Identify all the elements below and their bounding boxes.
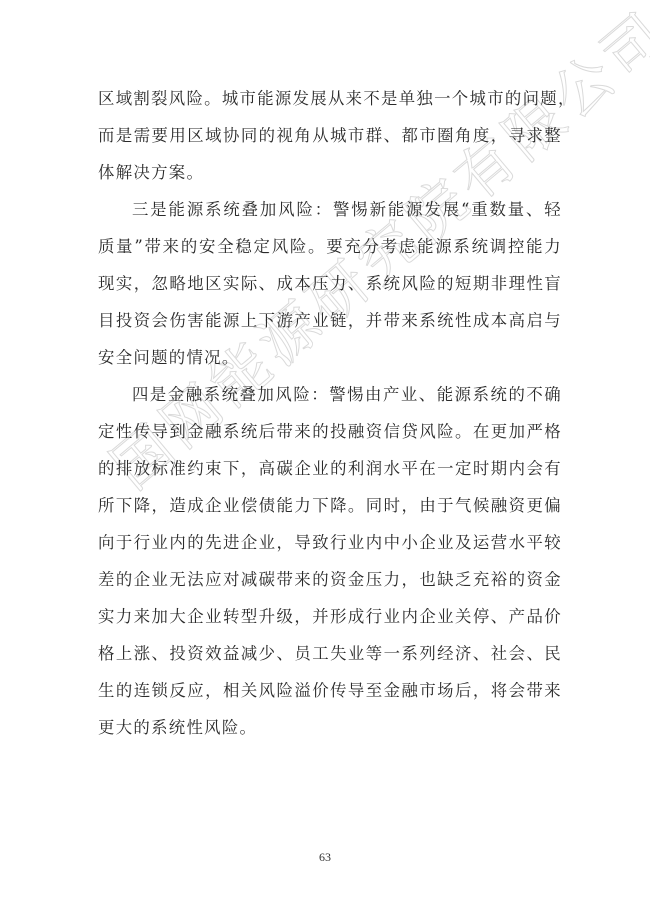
text-line: 现实，忽略地区实际、成本压力、系统风险的短期非理性盲 xyxy=(98,265,562,302)
text-line: 的排放标准约束下，高碳企业的利润水平在一定时期内会有 xyxy=(98,450,562,487)
text-line: 所下降，造成企业偿债能力下降。同时，由于气候融资更偏 xyxy=(98,487,562,524)
document-page: 国网能源研究院有限公司 区域割裂风险。城市能源发展从来不是单独一个城市的问题， … xyxy=(0,0,650,919)
page-number: 63 xyxy=(0,850,650,865)
text-line: 向于行业内的先进企业，导致行业内中小企业及运营水平较 xyxy=(98,524,562,561)
text-line: 质量”带来的安全稳定风险。要充分考虑能源系统调控能力 xyxy=(98,228,562,265)
text-line: 更大的系统性风险。 xyxy=(98,709,562,746)
text-line: 区域割裂风险。城市能源发展从来不是单独一个城市的问题， xyxy=(98,80,562,117)
text-line: 实力来加大企业转型升级，并形成行业内企业关停、产品价 xyxy=(98,598,562,635)
text-line: 目投资会伤害能源上下游产业链，并带来系统性成本高启与 xyxy=(98,302,562,339)
text-line: 体解决方案。 xyxy=(98,154,562,191)
body-text: 区域割裂风险。城市能源发展从来不是单独一个城市的问题， 而是需要用区域协同的视角… xyxy=(98,80,562,746)
text-line: 差的企业无法应对减碳带来的资金压力，也缺乏充裕的资金 xyxy=(98,561,562,598)
paragraph-energy-system-risk: 三是能源系统叠加风险：警惕新能源发展“重数量、轻 质量”带来的安全稳定风险。要充… xyxy=(98,191,562,376)
text-line: 四是金融系统叠加风险：警惕由产业、能源系统的不确 xyxy=(98,376,562,413)
text-line: 安全问题的情况。 xyxy=(98,339,562,376)
text-line: 定性传导到金融系统后带来的投融资信贷风险。在更加严格 xyxy=(98,413,562,450)
text-line: 格上涨、投资效益减少、员工失业等一系列经济、社会、民 xyxy=(98,635,562,672)
text-line: 三是能源系统叠加风险：警惕新能源发展“重数量、轻 xyxy=(98,191,562,228)
paragraph-regional-risk-continued: 区域割裂风险。城市能源发展从来不是单独一个城市的问题， 而是需要用区域协同的视角… xyxy=(98,80,562,191)
paragraph-financial-system-risk: 四是金融系统叠加风险：警惕由产业、能源系统的不确 定性传导到金融系统后带来的投融… xyxy=(98,376,562,746)
text-line: 而是需要用区域协同的视角从城市群、都市圈角度，寻求整 xyxy=(98,117,562,154)
text-line: 生的连锁反应，相关风险溢价传导至金融市场后，将会带来 xyxy=(98,672,562,709)
